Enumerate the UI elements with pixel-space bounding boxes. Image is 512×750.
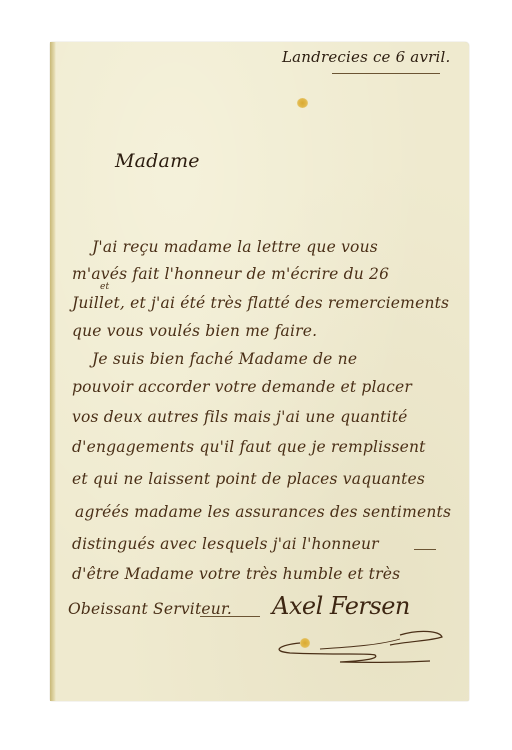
body-line: d'être Madame votre très humble et très: [72, 565, 400, 583]
body-line: Juillet, et j'ai été très flatté des rem…: [72, 294, 449, 312]
body-line: vos deux autres fils mais j'ai une quant…: [72, 408, 408, 426]
body-line: J'ai reçu madame la lettre que vous: [92, 238, 378, 256]
letter-salutation: Madame: [115, 150, 200, 172]
signature-flourish: [260, 615, 450, 665]
closing-underline: [200, 616, 260, 617]
body-line: agréés madame les assurances des sentime…: [75, 503, 451, 521]
body-line: que vous voulés bien me faire.: [72, 322, 317, 340]
body-line: et qui ne laissent point de places vaqua…: [72, 470, 425, 488]
body-line: d'engagements qu'il faut que je rempliss…: [72, 438, 426, 456]
letter-dateline: Landrecies ce 6 avril.: [282, 48, 450, 66]
dateline-underline: [332, 73, 440, 74]
interlinear-insert: et: [100, 282, 109, 292]
body-line: m'avés fait l'honneur de m'écrire du 26: [72, 265, 389, 283]
paper-stain-top: [297, 98, 308, 108]
body-line: pouvoir accorder votre demande et placer: [72, 378, 412, 396]
body-line: Je suis bien faché Madame de ne: [92, 350, 357, 368]
body-line: distingués avec lesquels j'ai l'honneur: [72, 535, 379, 553]
line-end-dash: [414, 549, 436, 550]
